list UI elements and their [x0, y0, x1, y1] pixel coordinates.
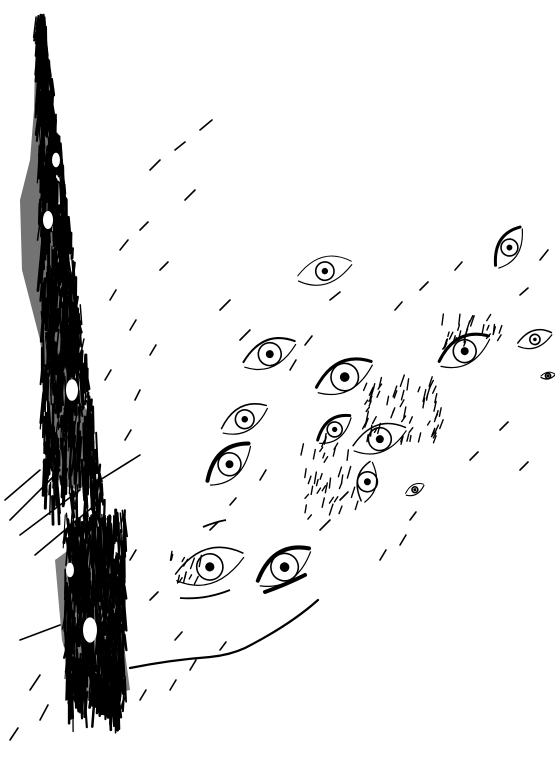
tower-illustration — [20, 15, 130, 733]
eye-icon — [486, 223, 532, 272]
eye-icon — [217, 398, 273, 439]
eye-icon — [516, 327, 554, 350]
eye-icon — [351, 459, 384, 504]
eye-cluster — [172, 223, 555, 593]
eye-icon — [296, 253, 354, 288]
artwork-canvas — [0, 0, 555, 767]
eye-icon — [199, 437, 260, 491]
eye-icon — [404, 481, 426, 497]
eye-icon — [541, 372, 555, 379]
eye-icon — [350, 419, 410, 457]
eye-icon — [311, 353, 377, 400]
eye-icon — [434, 328, 495, 373]
eye-icon — [312, 410, 357, 447]
